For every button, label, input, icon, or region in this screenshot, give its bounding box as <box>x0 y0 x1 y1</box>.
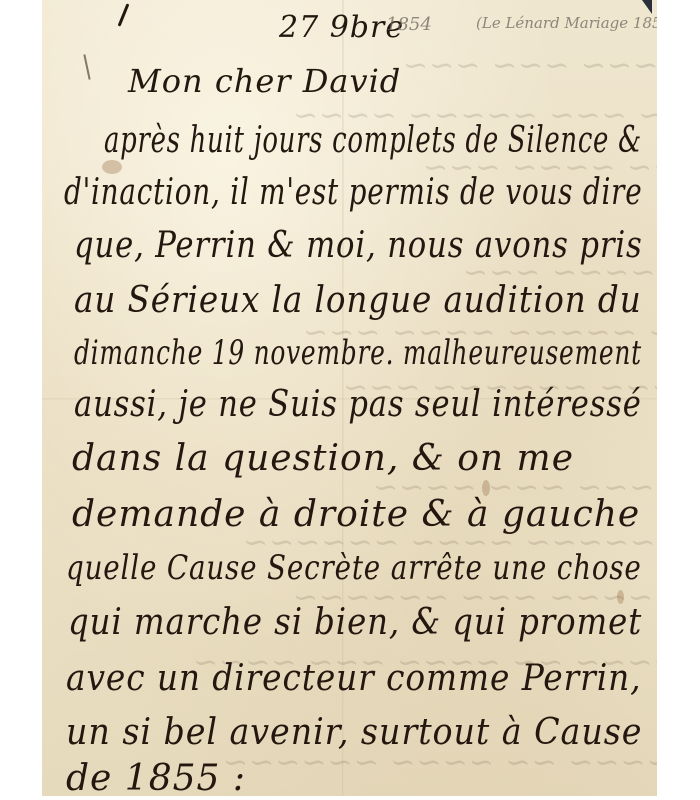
pencil-year-annotation: 1854 <box>386 14 432 35</box>
letter-line: qui marche si bien, & qui promet <box>68 602 642 643</box>
letter-line: d'inaction, il m'est permis de vous dire <box>64 172 642 213</box>
bleed-through-text: ~~~ ~~~~ ~~~ ~~~ <box>402 48 657 83</box>
pen-stroke-mark <box>118 3 130 26</box>
letter-line: dans la question, & on me <box>72 438 574 479</box>
letter-line: quelle Cause Secrète arrête une chose <box>66 548 642 588</box>
letter-paper: ~~~ ~~~~ ~~~ ~~~ ~~~~~ ~~~ ~~~~~ ~~~~ ~~… <box>42 0 657 796</box>
letter-line: après huit jours complets de Silence & <box>104 120 642 161</box>
salutation: Mon cher David <box>128 62 401 100</box>
letter-line: dimanche 19 novembre. malheureusement <box>74 333 642 373</box>
pencil-note-annotation: (Le Lénard Mariage 1855) <box>476 14 657 32</box>
letter-line: aussi, je ne Suis pas seul intéressé <box>74 384 642 425</box>
letter-line: demande à droite & à gauche <box>72 494 640 535</box>
letter-line: au Sérieux la longue audition du <box>74 280 642 321</box>
letter-line: de 1855 : <box>66 758 246 796</box>
letter-line: avec un directeur comme Perrin, <box>66 658 641 699</box>
pen-stroke-mark <box>83 54 90 80</box>
page-corner-shadow <box>642 0 652 14</box>
letter-line: que, Perrin & moi, nous avons pris <box>74 225 643 266</box>
letter-line: un si bel avenir, surtout à Cause <box>66 712 642 753</box>
